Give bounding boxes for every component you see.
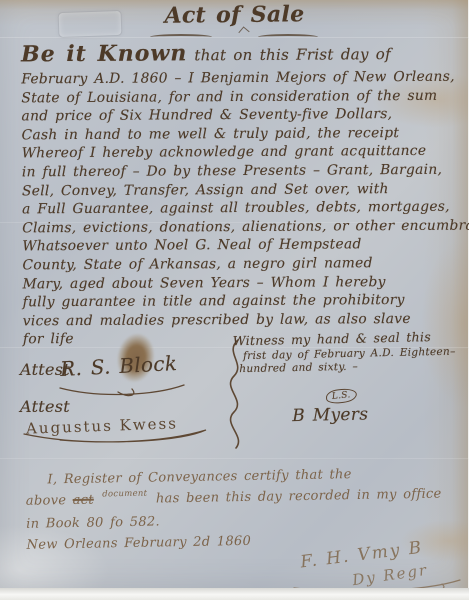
deed-opening-line: Be it Known that on this Frist day of <box>21 39 458 71</box>
deed-line: February A.D. 1860 – I Benjamin Mejors o… <box>21 68 458 89</box>
signature-flourish <box>20 428 210 446</box>
scan-background-strip <box>0 588 469 600</box>
document-title: Act of Sale <box>164 1 304 28</box>
deed-body-text: Be it Known that on this Frist day of Fe… <box>21 39 460 350</box>
scanned-document-page: Act of Sale Be it Known that on this Fri… <box>0 0 469 600</box>
inserted-word: document <box>102 489 147 500</box>
seller-signature: B Myers <box>292 404 368 426</box>
witness-clause: Witness my hand & seal this frist day of… <box>233 329 454 376</box>
deed-line: fully guarantee in title and against the… <box>23 291 460 312</box>
struck-word: act <box>73 493 94 508</box>
opening-rest: that on this Frist day of <box>194 45 391 64</box>
opening-phrase: Be it Known <box>21 40 187 67</box>
title-flourish-right <box>258 34 318 37</box>
title-flourish-left <box>150 34 212 37</box>
signature-flourish <box>58 382 188 398</box>
registry-line2-suffix: has been this day recorded in my office <box>156 487 442 507</box>
attest-label-2: Attest <box>20 397 70 416</box>
witness-line: Witness my hand & seal this <box>233 329 453 349</box>
registry-line2-prefix: above <box>26 493 67 509</box>
deed-line: Claims, evictions, donations, alienation… <box>22 216 459 237</box>
deed-line: a Full Guarantee, against all troubles, … <box>22 198 459 219</box>
deed-line: in full thereof – Do by these Presents –… <box>22 161 459 182</box>
paper-crease <box>0 458 469 460</box>
deed-line: vices and maladies prescribed by law, as… <box>23 309 460 330</box>
deed-line: State of Louisiana, for and in considera… <box>21 86 458 107</box>
